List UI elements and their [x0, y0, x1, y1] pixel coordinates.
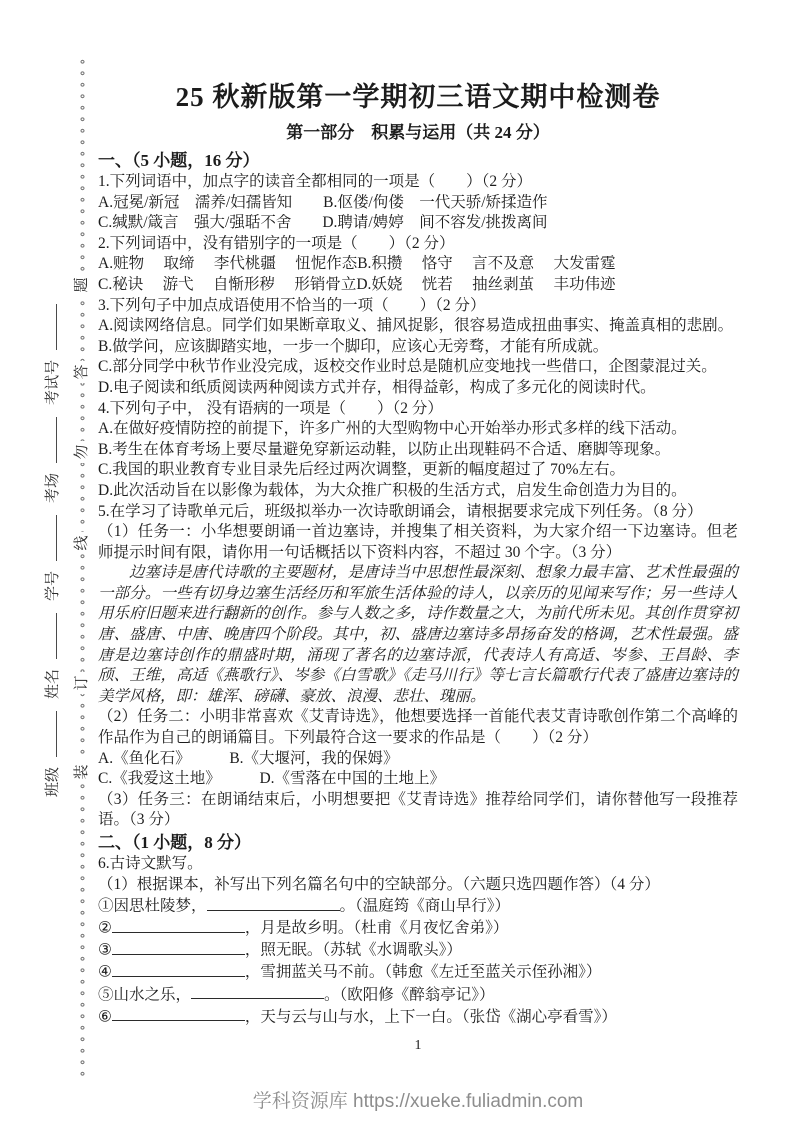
q5-task3: （3）任务三：在朗诵结束后，小明想要把《艾青诗选》推荐给同学们，请你替他写一段推… [98, 790, 738, 831]
watermark-text: 学科资源库 https://xueke.fuliadmin.com [98, 1086, 738, 1113]
q1-stem: 1.下列词语中，加点字的读音全都相同的一项是（ ）（2 分） [98, 172, 738, 193]
q1-options-ab: A.冠冕/新冠 濡养/妇孺皆知 B.伛偻/佝偻 一代天骄/矫揉造作 [98, 193, 738, 214]
q6-item: ①因思杜陵梦，。（温庭筠《商山早行》） [98, 895, 738, 917]
binding-rail-char: 装 [71, 761, 93, 783]
field-blank [42, 304, 57, 350]
q6-item: ③，照无眠。（苏轼《水调歌头》） [98, 939, 738, 961]
q6-item-pre: ② [98, 920, 112, 937]
exam-page: 25 秋新版第一学期初三语文期中检测卷 第一部分 积累与运用（共 24 分） 一… [98, 80, 738, 1028]
q3-stem: 3.下列句子中加点成语使用不恰当的一项（ ）（2 分） [98, 296, 738, 317]
q4-option-b: B.考生在体育考场上要尽量避免穿新运动鞋，以防止出现鞋码不合适、磨脚等现象。 [98, 440, 738, 461]
binding-rail-char: 题 [71, 274, 93, 296]
fill-in-blank [112, 961, 245, 977]
q6-item-pre: ①因思杜陵梦， [98, 898, 207, 915]
q6-item-post: ，天与云与山与水，上下一白。（张岱《湖心亭看雪》） [245, 1008, 617, 1025]
q2-options-ab: A.赃物 取缔 李代桃疆 忸怩作态B.积攒 恪守 言不及意 大发雷霆 [98, 254, 738, 275]
q6-item-post: ，月是故乡明。（杜甫《月夜忆舍弟》） [245, 920, 509, 937]
q6-item: ⑤山水之乐，。（欧阳修《醉翁亭记》） [98, 984, 738, 1006]
q5-task1: （1）任务一：小华想要朗诵一首边塞诗，并搜集了相关资料，为大家介绍一下边塞诗。但… [98, 522, 738, 563]
q6-stem: 6.古诗文默写。 [98, 854, 738, 875]
q6-item-pre: ③ [98, 942, 112, 959]
binding-dotted-line [78, 56, 87, 1077]
fill-in-blank [112, 917, 245, 933]
q5-task2: （2）任务二：小明非常喜欢《艾青诗选》，他想要选择一首能代表艾青诗歌创作第二个高… [98, 707, 738, 748]
q6-item: ④，雪拥蓝关马不前。（韩愈《左迁至蓝关示侄孙湘》） [98, 961, 738, 983]
field-blank [42, 613, 57, 659]
field-label-exam-room: 考场 [45, 473, 61, 503]
q3-option-d: D.电子阅读和纸质阅读两种阅读方式并存，相得益彰，构成了多元化的阅读时代。 [98, 378, 738, 399]
fill-in-blank [207, 895, 340, 911]
field-label-exam-number: 考试号 [45, 360, 61, 405]
q3-option-c: C.部分同学中秋节作业没完成，返校交作业时总是随机应变地找一些借口，企图蒙混过关… [98, 357, 738, 378]
q4-option-c: C.我国的职业教育专业目录先后经过两次调整，更新的幅度超过了 70%左右。 [98, 460, 738, 481]
part-one-header: 第一部分 积累与运用（共 24 分） [98, 122, 738, 144]
q2-stem: 2.下列词语中，没有错别字的一项是（ ）（2 分） [98, 234, 738, 255]
q4-stem: 4.下列句子中， 没有语病的一项是（ ）（2 分） [98, 399, 738, 420]
q6-item-pre: ⑥ [98, 1008, 112, 1025]
q6-item-post: ，照无眠。（苏轼《水调歌头》） [245, 942, 462, 959]
seal-student-fields: 班级姓名学号考场考试号 [42, 327, 64, 797]
q3-option-a: A.阅读网络信息。同学们如果断章取义、捕风捉影，很容易造成扭曲事实、掩盖真相的悲… [98, 316, 738, 337]
binding-rail-char: 线 [71, 532, 93, 554]
binding-rail-char: 订 [71, 672, 93, 694]
q4-option-a: A.在做好疫情防控的前提下，许多广州的大型购物中心开始举办形式多样的线下活动。 [98, 419, 738, 440]
field-blank [42, 515, 57, 561]
section-two-header: 二、（1 小题，8 分） [98, 831, 738, 854]
field-label-class: 班级 [45, 767, 61, 797]
q5-stem: 5.在学习了诗歌单元后，班级拟举办一次诗歌朗诵会，请根据要求完成下列任务。（8 … [98, 502, 738, 523]
field-blank [42, 417, 57, 463]
fill-in-blank [112, 1006, 245, 1022]
q6-item-post: 。（温庭筠《商山早行》） [340, 898, 511, 915]
page-number: 1 [98, 1038, 738, 1054]
q3-option-b: B.做学问，应该脚踏实地，一步一个脚印，应该心无旁骛，才能有所成就。 [98, 337, 738, 358]
q6-item: ②，月是故乡明。（杜甫《月夜忆舍弟》） [98, 917, 738, 939]
q6-item-pre: ④ [98, 964, 112, 981]
binding-rail-char: 答 [71, 361, 93, 383]
field-label-student-id: 学号 [45, 571, 61, 601]
fill-in-blank [191, 984, 324, 1000]
q6-item-post: 。（欧阳修《醉翁亭记》） [324, 986, 495, 1003]
q6-sub1: （1）根据课本，补写出下列名篇名句中的空缺部分。（六题只选四题作答）（4 分） [98, 875, 738, 896]
q5-task2-options-ab: A.《鱼化石》 B.《大堰河，我的保姆》 [98, 749, 738, 770]
q5-reading-material: 边塞诗是唐代诗歌的主要题材，是唐诗当中思想性最深刻、想象力最丰富、艺术性最强的一… [98, 563, 738, 707]
q6-item: ⑥，天与云与山与水，上下一白。（张岱《湖心亭看雪》） [98, 1006, 738, 1028]
field-label-name: 姓名 [45, 669, 61, 699]
q6-item-pre: ⑤山水之乐， [98, 986, 191, 1003]
page-title: 25 秋新版第一学期初三语文期中检测卷 [98, 80, 738, 114]
q4-option-d: D.此次活动旨在以影像为载体，为大众推广积极的生活方式，启发生命创造力为目的。 [98, 481, 738, 502]
fill-in-blank [112, 939, 245, 955]
binding-rail-char: 勿 [71, 441, 93, 463]
q6-item-post: ，雪拥蓝关马不前。（韩愈《左迁至蓝关示侄孙湘》） [245, 964, 602, 981]
q5-task2-options-cd: C.《我爱这土地》 D.《雪落在中国的土地上》 [98, 769, 738, 790]
field-blank [42, 711, 57, 757]
q1-options-cd: C.缄默/箴言 强大/强聒不舍 D.聘请/娉婷 间不容发/挑拨离间 [98, 213, 738, 234]
q2-options-cd: C.秘诀 游弋 自惭形秽 形销骨立D.妖娆 恍若 抽丝剥茧 丰功伟迹 [98, 275, 738, 296]
section-one-header: 一、（5 小题，16 分） [98, 149, 738, 172]
